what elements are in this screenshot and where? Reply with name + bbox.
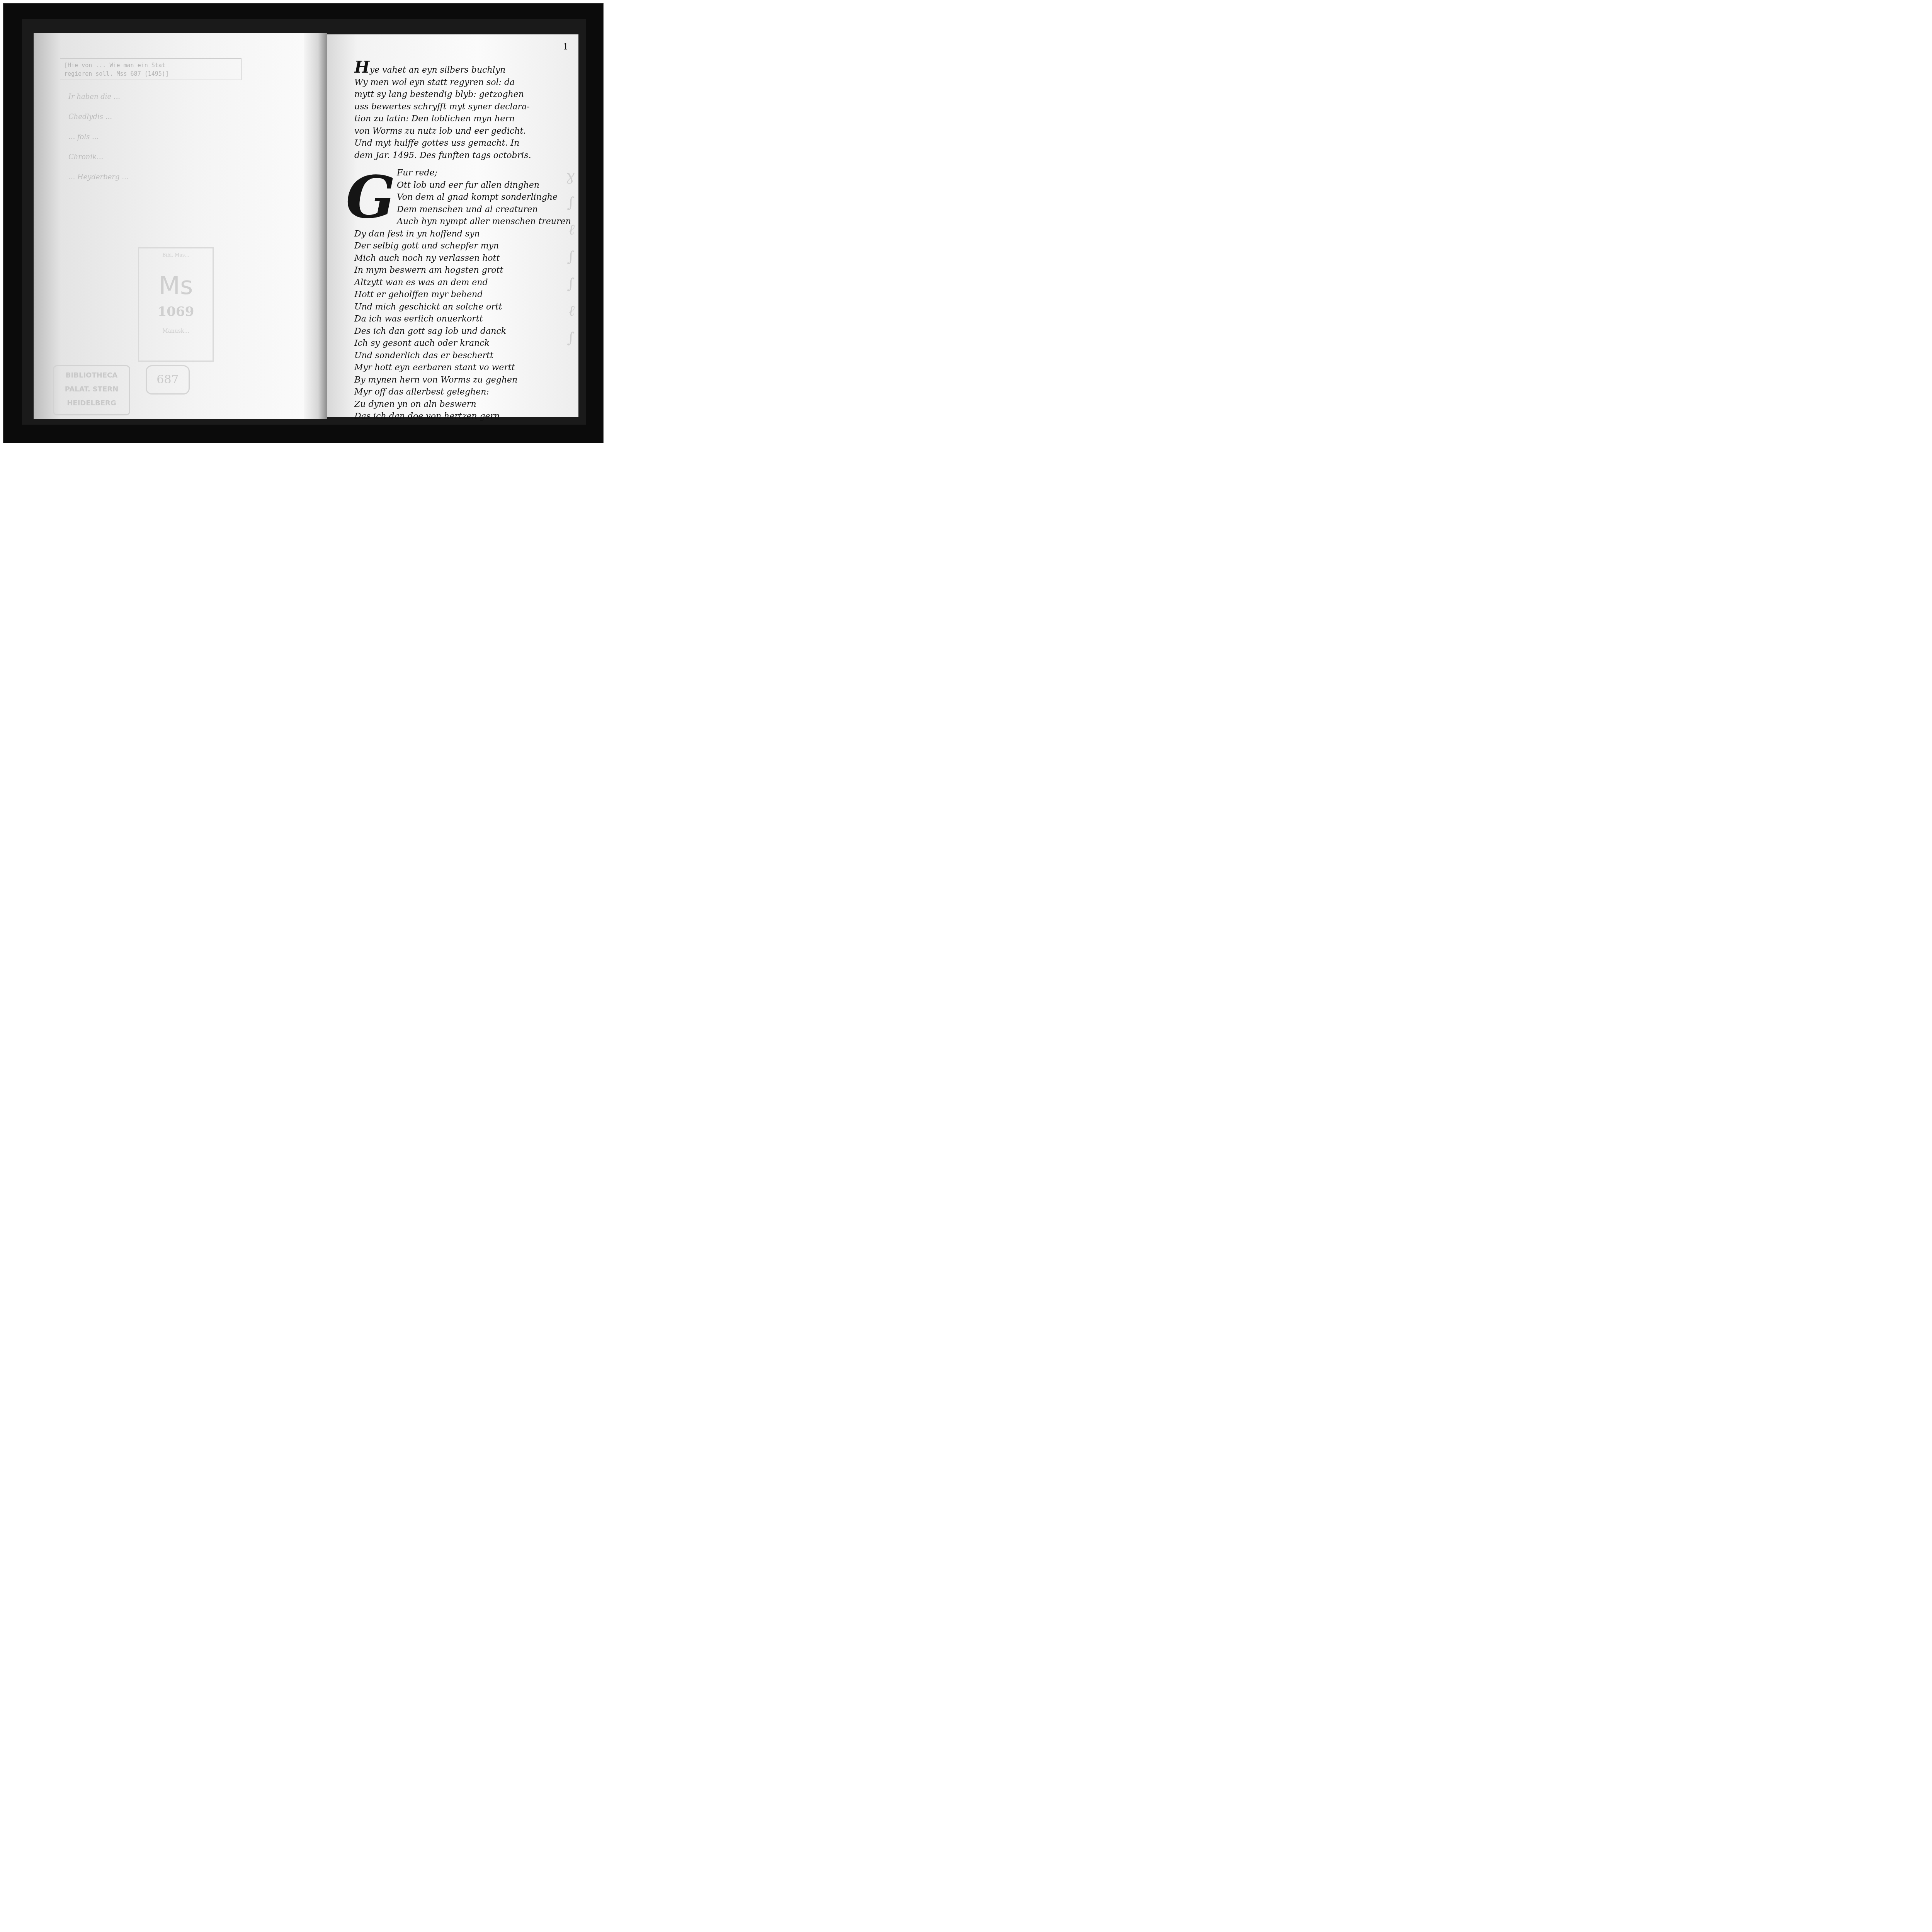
verse-line: Des ich dan gott sag lob und danck xyxy=(354,325,571,338)
verse-line: By mynen hern von Worms zu geghen xyxy=(354,374,571,386)
ms-stamp-bottom: Manusk... xyxy=(139,328,213,334)
verse-line: In mym beswern am hogsten grott xyxy=(354,264,571,277)
heading-line: Und myt hulffe gottes uss gemacht. In xyxy=(354,137,571,150)
verse-line: Da ich was eerlich onuerkortt xyxy=(354,313,571,325)
ms-stamp-number: 1069 xyxy=(139,304,213,320)
verse-line: Ich sy gesont auch oder kranck xyxy=(354,337,571,350)
ms-stamp: Bibl. Mus... Ms 1069 Manusk... xyxy=(138,247,214,362)
verse-line: Zu dynen yn on aln beswern xyxy=(354,398,571,411)
heading-line: dem Jar. 1495. Des funften tags octobris… xyxy=(354,150,571,162)
library-stamp-line: BIBLIOTHECA xyxy=(54,369,129,383)
shelf-label: [Hie von ... Wie man ein Stat regieren s… xyxy=(60,58,241,80)
open-book: [Hie von ... Wie man ein Stat regieren s… xyxy=(22,19,586,425)
initial-g: G xyxy=(346,168,395,226)
heading-line: tion zu latin: Den loblichen myn hern xyxy=(354,113,571,125)
heading-text: ye vahet an eyn silbers buchlyn xyxy=(370,65,506,75)
folio-number: 1 xyxy=(563,42,568,52)
right-page: 1 ɣ∫ℓ∫∫ℓ∫ Hye vahet an eyn silbers buchl… xyxy=(327,34,578,417)
note-line: ... fols ... xyxy=(68,127,254,147)
label-line: [Hie von ... Wie man ein Stat xyxy=(64,61,237,70)
note-line: Chronik... xyxy=(68,147,254,167)
heading-line: mytt sy lang bestendig blyb: getzoghen xyxy=(354,88,571,101)
manuscript-text: Hye vahet an eyn silbers buchlyn Wy men … xyxy=(354,63,571,423)
verse-block: G Fur rede; Ott lob und eer fur allen di… xyxy=(354,167,571,228)
heading-line: von Worms zu nutz lob und eer gedicht. xyxy=(354,125,571,138)
library-stamp-line: PALAT. STERN xyxy=(54,383,129,396)
heading-line: Hye vahet an eyn silbers buchlyn xyxy=(354,63,571,77)
verse-line: Myr off das allerbest geleghen: xyxy=(354,386,571,398)
library-stamp: BIBLIOTHECA PALAT. STERN HEIDELBERG xyxy=(53,365,130,415)
verse-line: Mich auch noch ny verlassen hott xyxy=(354,252,571,265)
verse-line: Und sonderlich das er beschertt xyxy=(354,350,571,362)
verse-line: Und mich geschickt an solche ortt xyxy=(354,301,571,313)
heading-line: uss bewertes schryfft myt syner declara- xyxy=(354,101,571,113)
ms-stamp-mark: Ms xyxy=(139,272,213,300)
photo-frame: [Hie von ... Wie man ein Stat regieren s… xyxy=(3,3,604,443)
heading-line: Wy men wol eyn statt regyren sol: da xyxy=(354,77,571,89)
verse-line: Hott er geholffen myr behend xyxy=(354,289,571,301)
number-stamp: 687 xyxy=(146,365,190,395)
verse-line: Myr hott eyn eerbaren stant vo wertt xyxy=(354,362,571,374)
faint-notes: Ir haben die ... Chedlydis ... ... fols … xyxy=(68,87,254,187)
left-page: [Hie von ... Wie man ein Stat regieren s… xyxy=(34,33,304,419)
library-stamp-line: HEIDELBERG xyxy=(54,396,129,410)
gutter xyxy=(304,33,327,419)
note-line: Chedlydis ... xyxy=(68,107,254,127)
verse-line: Das ich dan doe von hertzen gern xyxy=(354,410,571,423)
note-line: Ir haben die ... xyxy=(68,87,254,107)
ms-stamp-top: Bibl. Mus... xyxy=(139,252,213,258)
verse-line: Altzytt wan es was an dem end xyxy=(354,277,571,289)
note-line: ... Heyderberg ... xyxy=(68,167,254,187)
label-line: regieren soll. Mss 687 (1495)] xyxy=(64,70,237,78)
verse-line: Der selbig gott und schepfer myn xyxy=(354,240,571,252)
initial-h: H xyxy=(354,58,370,77)
